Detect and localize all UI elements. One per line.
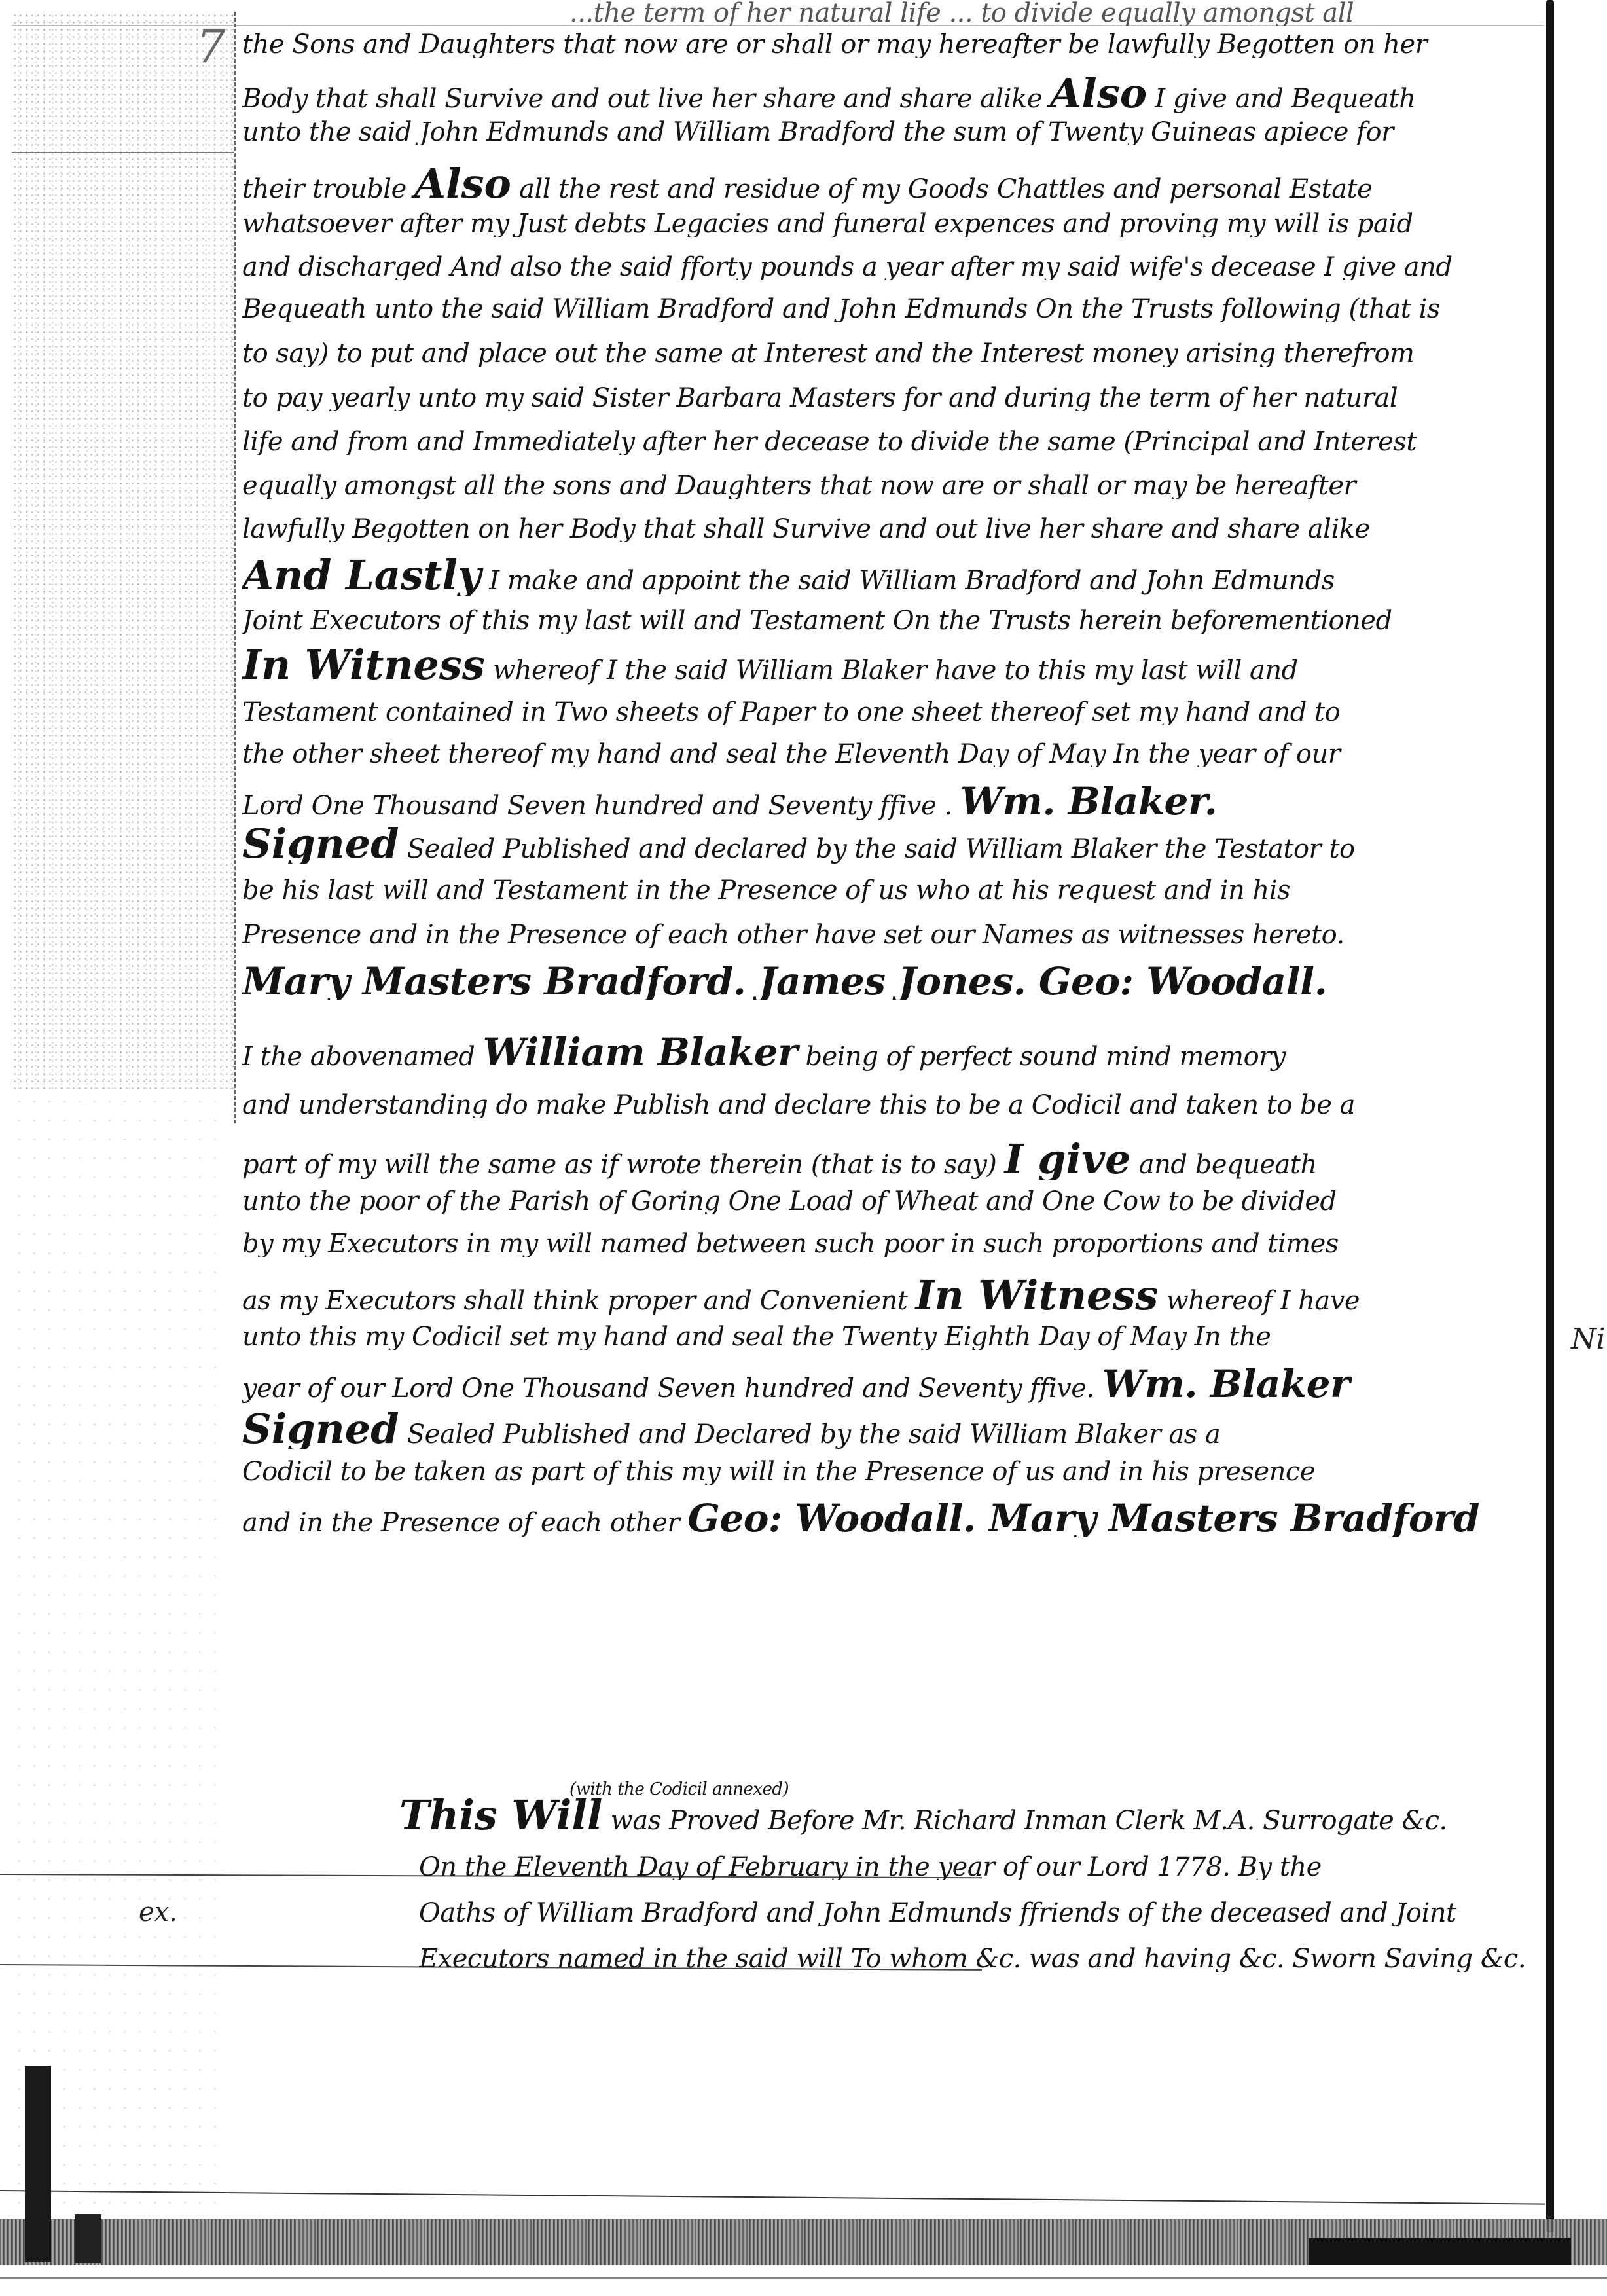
text-line: unto the poor of the Parish of Goring On… [242,1188,1542,1214]
text-line: Bequeath unto the said William Bradford … [242,296,1542,322]
text-line: to say) to put and place out the same at… [242,340,1542,367]
text-line: ...the term of her natural life ... to d… [569,0,1538,26]
margin-rule-vertical [234,12,236,1125]
text-line: be his last will and Testament in the Pr… [242,877,1542,903]
emphasis-word: And Lastly [242,555,481,596]
text-line: Signed Sealed Published and Declared by … [242,1409,1542,1449]
text-line: whatsoever after my Just debts Legacies … [242,211,1542,237]
text-line: In Witness whereof I the said William Bl… [242,645,1542,685]
probate-line: On the Eleventh Day of February in the y… [419,1854,1538,1880]
fold-line [0,2190,1545,2205]
left-margin-speckle-lower [12,1092,228,2205]
margin-mark-ex: ex. [139,1897,177,1927]
text-line: to pay yearly unto my said Sister Barbar… [242,385,1542,411]
document-page: 7 ex. Ni ...the term of her natural life… [0,0,1607,2296]
emphasis-word: In Witness [242,645,485,685]
text-line: lawfully Begotten on her Body that shall… [242,516,1542,542]
margin-mark-right: Ni [1571,1322,1606,1356]
emphasis-word: I give [1005,1139,1131,1180]
witness-signatures: Mary Masters Bradford. James Jones. Geo:… [242,962,1542,1000]
witness-signatures: Geo: Woodall. Mary Masters Bradford [687,1499,1479,1537]
scan-bottom-shadow-dark [1309,2238,1571,2265]
emphasis-word: Signed [242,1409,399,1449]
text-line: unto this my Codicil set my hand and sea… [242,1324,1542,1350]
scan-shadow-post [25,2066,51,2262]
text-line: Presence and in the Presence of each oth… [242,922,1542,948]
text-line: equally amongst all the sons and Daughte… [242,473,1542,499]
text-line: Lord One Thousand Seven hundred and Seve… [242,782,1542,820]
text-line: their trouble Also all the rest and resi… [242,164,1542,204]
emphasis-word: Also [414,164,511,204]
text-line: Body that shall Survive and out live her… [242,73,1542,114]
text-line: unto the said John Edmunds and William B… [242,119,1542,145]
right-page-border [1546,0,1554,2232]
scan-edge-line [0,2277,1607,2279]
probate-line: Executors named in the said will To whom… [419,1946,1538,1972]
emphasis-word: Signed [242,824,399,864]
text-line: the other sheet thereof my hand and seal… [242,741,1542,767]
emphasis-word: This Will [399,1795,602,1836]
text-line: and in the Presence of each other Geo: W… [242,1499,1542,1537]
testator-name: William Blaker [483,1033,798,1071]
probate-line: Oaths of William Bradford and John Edmun… [419,1900,1538,1926]
text-line: part of my will the same as if wrote the… [242,1139,1542,1180]
text-line: and understanding do make Publish and de… [242,1092,1542,1118]
emphasis-word: In Witness [916,1275,1159,1316]
text-line: by my Executors in my will named between… [242,1231,1542,1257]
text-line: year of our Lord One Thousand Seven hund… [242,1365,1542,1403]
text-line: Signed Sealed Published and declared by … [242,824,1542,864]
text-line: I the abovenamed William Blaker being of… [242,1033,1542,1071]
emphasis-word: Also [1050,73,1147,114]
text-line: the Sons and Daughters that now are or s… [242,31,1542,58]
left-margin-speckle [12,12,234,1092]
text-line: as my Executors shall think proper and C… [242,1275,1542,1316]
text-line: life and from and Immediately after her … [242,429,1542,455]
margin-rule-horizontal [12,152,234,153]
margin-mark-top: 7 [196,20,226,73]
testator-signature: Wm. Blaker. [960,782,1218,820]
text-line: And Lastly I make and appoint the said W… [242,555,1542,596]
testator-signature: Wm. Blaker [1102,1365,1350,1403]
scan-shadow-post [75,2214,101,2263]
text-line: Codicil to be taken as part of this my w… [242,1459,1542,1485]
text-line: Testament contained in Two sheets of Pap… [242,699,1542,725]
text-line: and discharged And also the said fforty … [242,254,1542,280]
probate-line: This Will was Proved Before Mr. Richard … [399,1795,1538,1836]
text-line: Joint Executors of this my last will and… [242,608,1542,634]
